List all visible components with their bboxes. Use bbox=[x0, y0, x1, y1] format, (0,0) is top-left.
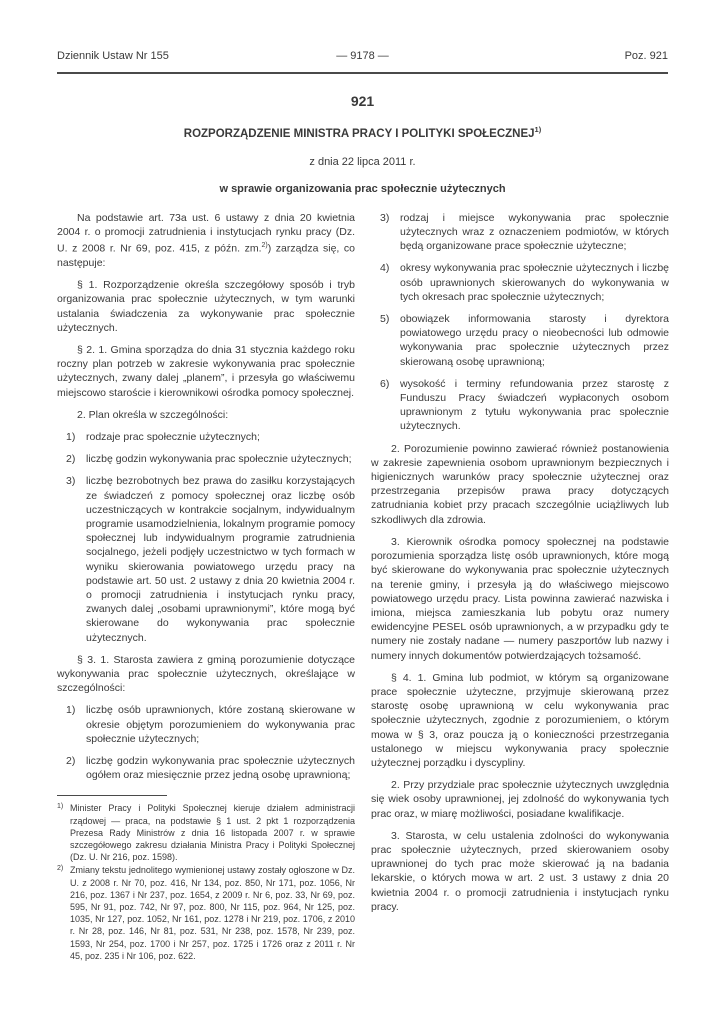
list-item-plan-1: 1) rodzaje prac społecznie użytecznych; bbox=[57, 430, 355, 444]
list-item-agreement-4: 4) okresy wykonywania prac społecznie uż… bbox=[371, 261, 669, 304]
list-text: okresy wykonywania prac społecznie użyte… bbox=[400, 261, 669, 304]
section-1-paragraph: § 1. Rozporządzenie określa szczegółowy … bbox=[57, 278, 355, 335]
list-text: obowiązek informowania starosty i dyrekt… bbox=[400, 312, 669, 369]
list-text: liczbę godzin wykonywania prac społeczni… bbox=[86, 452, 355, 466]
list-text: liczbę bezrobotnych bez prawa do zasiłku… bbox=[86, 474, 355, 644]
page-number: — 9178 — bbox=[57, 50, 668, 63]
footnote-marker: 1) bbox=[57, 801, 70, 862]
list-text: rodzaje prac społecznie użytecznych; bbox=[86, 430, 355, 444]
list-item-plan-2: 2) liczbę godzin wykonywania prac społec… bbox=[57, 452, 355, 466]
footnote-text: Zmiany tekstu jednolitego wymienionej us… bbox=[70, 864, 355, 962]
list-item-agreement-1: 1) liczbę osób uprawnionych, które zosta… bbox=[57, 703, 355, 746]
list-number: 4) bbox=[380, 261, 400, 304]
social-center-list-paragraph: 3. Kierownik ośrodka pomocy społecznej n… bbox=[371, 535, 669, 663]
list-item-agreement-2: 2) liczbę godzin wykonywania prac społec… bbox=[57, 754, 355, 782]
left-column: Na podstawie art. 73a ust. 6 ustawy z dn… bbox=[57, 211, 355, 963]
list-number: 1) bbox=[66, 703, 86, 746]
list-number: 1) bbox=[66, 430, 86, 444]
footnote-1: 1) Minister Pracy i Polityki Społecznej … bbox=[57, 802, 355, 863]
list-text: liczbę godzin wykonywania prac społeczni… bbox=[86, 754, 355, 782]
act-title-footnote-ref: 1) bbox=[535, 125, 542, 134]
section-4-paragraph: § 4. 1. Gmina lub podmiot, w którym są o… bbox=[371, 671, 669, 770]
list-number: 2) bbox=[66, 754, 86, 782]
legal-basis-paragraph: Na podstawie art. 73a ust. 6 ustawy z dn… bbox=[57, 211, 355, 270]
list-item-plan-3: 3) liczbę bezrobotnych bez prawa do zasi… bbox=[57, 474, 355, 644]
running-head: Dziennik Ustaw Nr 155 — 9178 — Poz. 921 bbox=[57, 50, 668, 74]
document-page: Dziennik Ustaw Nr 155 — 9178 — Poz. 921 … bbox=[0, 0, 725, 1024]
section-2-paragraph: § 2. 1. Gmina sporządza do dnia 31 stycz… bbox=[57, 343, 355, 400]
act-number: 921 bbox=[57, 93, 668, 109]
plan-intro-paragraph: 2. Plan określa w szczególności: bbox=[57, 408, 355, 422]
list-text: rodzaj i miejsce wykonywania prac społec… bbox=[400, 211, 669, 254]
act-title-text: ROZPORZĄDZENIE MINISTRA PRACY I POLITYKI… bbox=[184, 128, 535, 140]
list-item-agreement-3: 3) rodzaj i miejsce wykonywania prac spo… bbox=[371, 211, 669, 254]
agreement-provisions-paragraph: 2. Porozumienie powinno zawierać również… bbox=[371, 442, 669, 527]
act-subject: w sprawie organizowania prac społecznie … bbox=[57, 183, 668, 195]
work-assignment-paragraph: 2. Przy przydziale prac społecznie użyte… bbox=[371, 778, 669, 821]
list-number: 3) bbox=[380, 211, 400, 254]
medical-exam-paragraph: 3. Starosta, w celu ustalenia zdolności … bbox=[371, 829, 669, 914]
list-number: 3) bbox=[66, 474, 86, 644]
two-column-body: Na podstawie art. 73a ust. 6 ustawy z dn… bbox=[57, 211, 668, 963]
act-date: z dnia 22 lipca 2011 r. bbox=[57, 156, 668, 168]
list-item-agreement-6: 6) wysokość i terminy refundowania przez… bbox=[371, 377, 669, 434]
footnote-marker: 2) bbox=[57, 863, 70, 961]
list-item-agreement-5: 5) obowiązek informowania starosty i dyr… bbox=[371, 312, 669, 369]
right-column: 3) rodzaj i miejsce wykonywania prac spo… bbox=[371, 211, 669, 963]
list-text: wysokość i terminy refundowania przez st… bbox=[400, 377, 669, 434]
list-number: 2) bbox=[66, 452, 86, 466]
section-3-paragraph: § 3. 1. Starosta zawiera z gminą porozum… bbox=[57, 653, 355, 696]
act-title: ROZPORZĄDZENIE MINISTRA PRACY I POLITYKI… bbox=[57, 125, 668, 140]
footnote-2: 2) Zmiany tekstu jednolitego wymienionej… bbox=[57, 864, 355, 962]
list-number: 6) bbox=[380, 377, 400, 434]
list-number: 5) bbox=[380, 312, 400, 369]
footnote-separator bbox=[57, 795, 167, 796]
list-text: liczbę osób uprawnionych, które zostaną … bbox=[86, 703, 355, 746]
footnote-text: Minister Pracy i Polityki Społecznej kie… bbox=[70, 802, 355, 863]
